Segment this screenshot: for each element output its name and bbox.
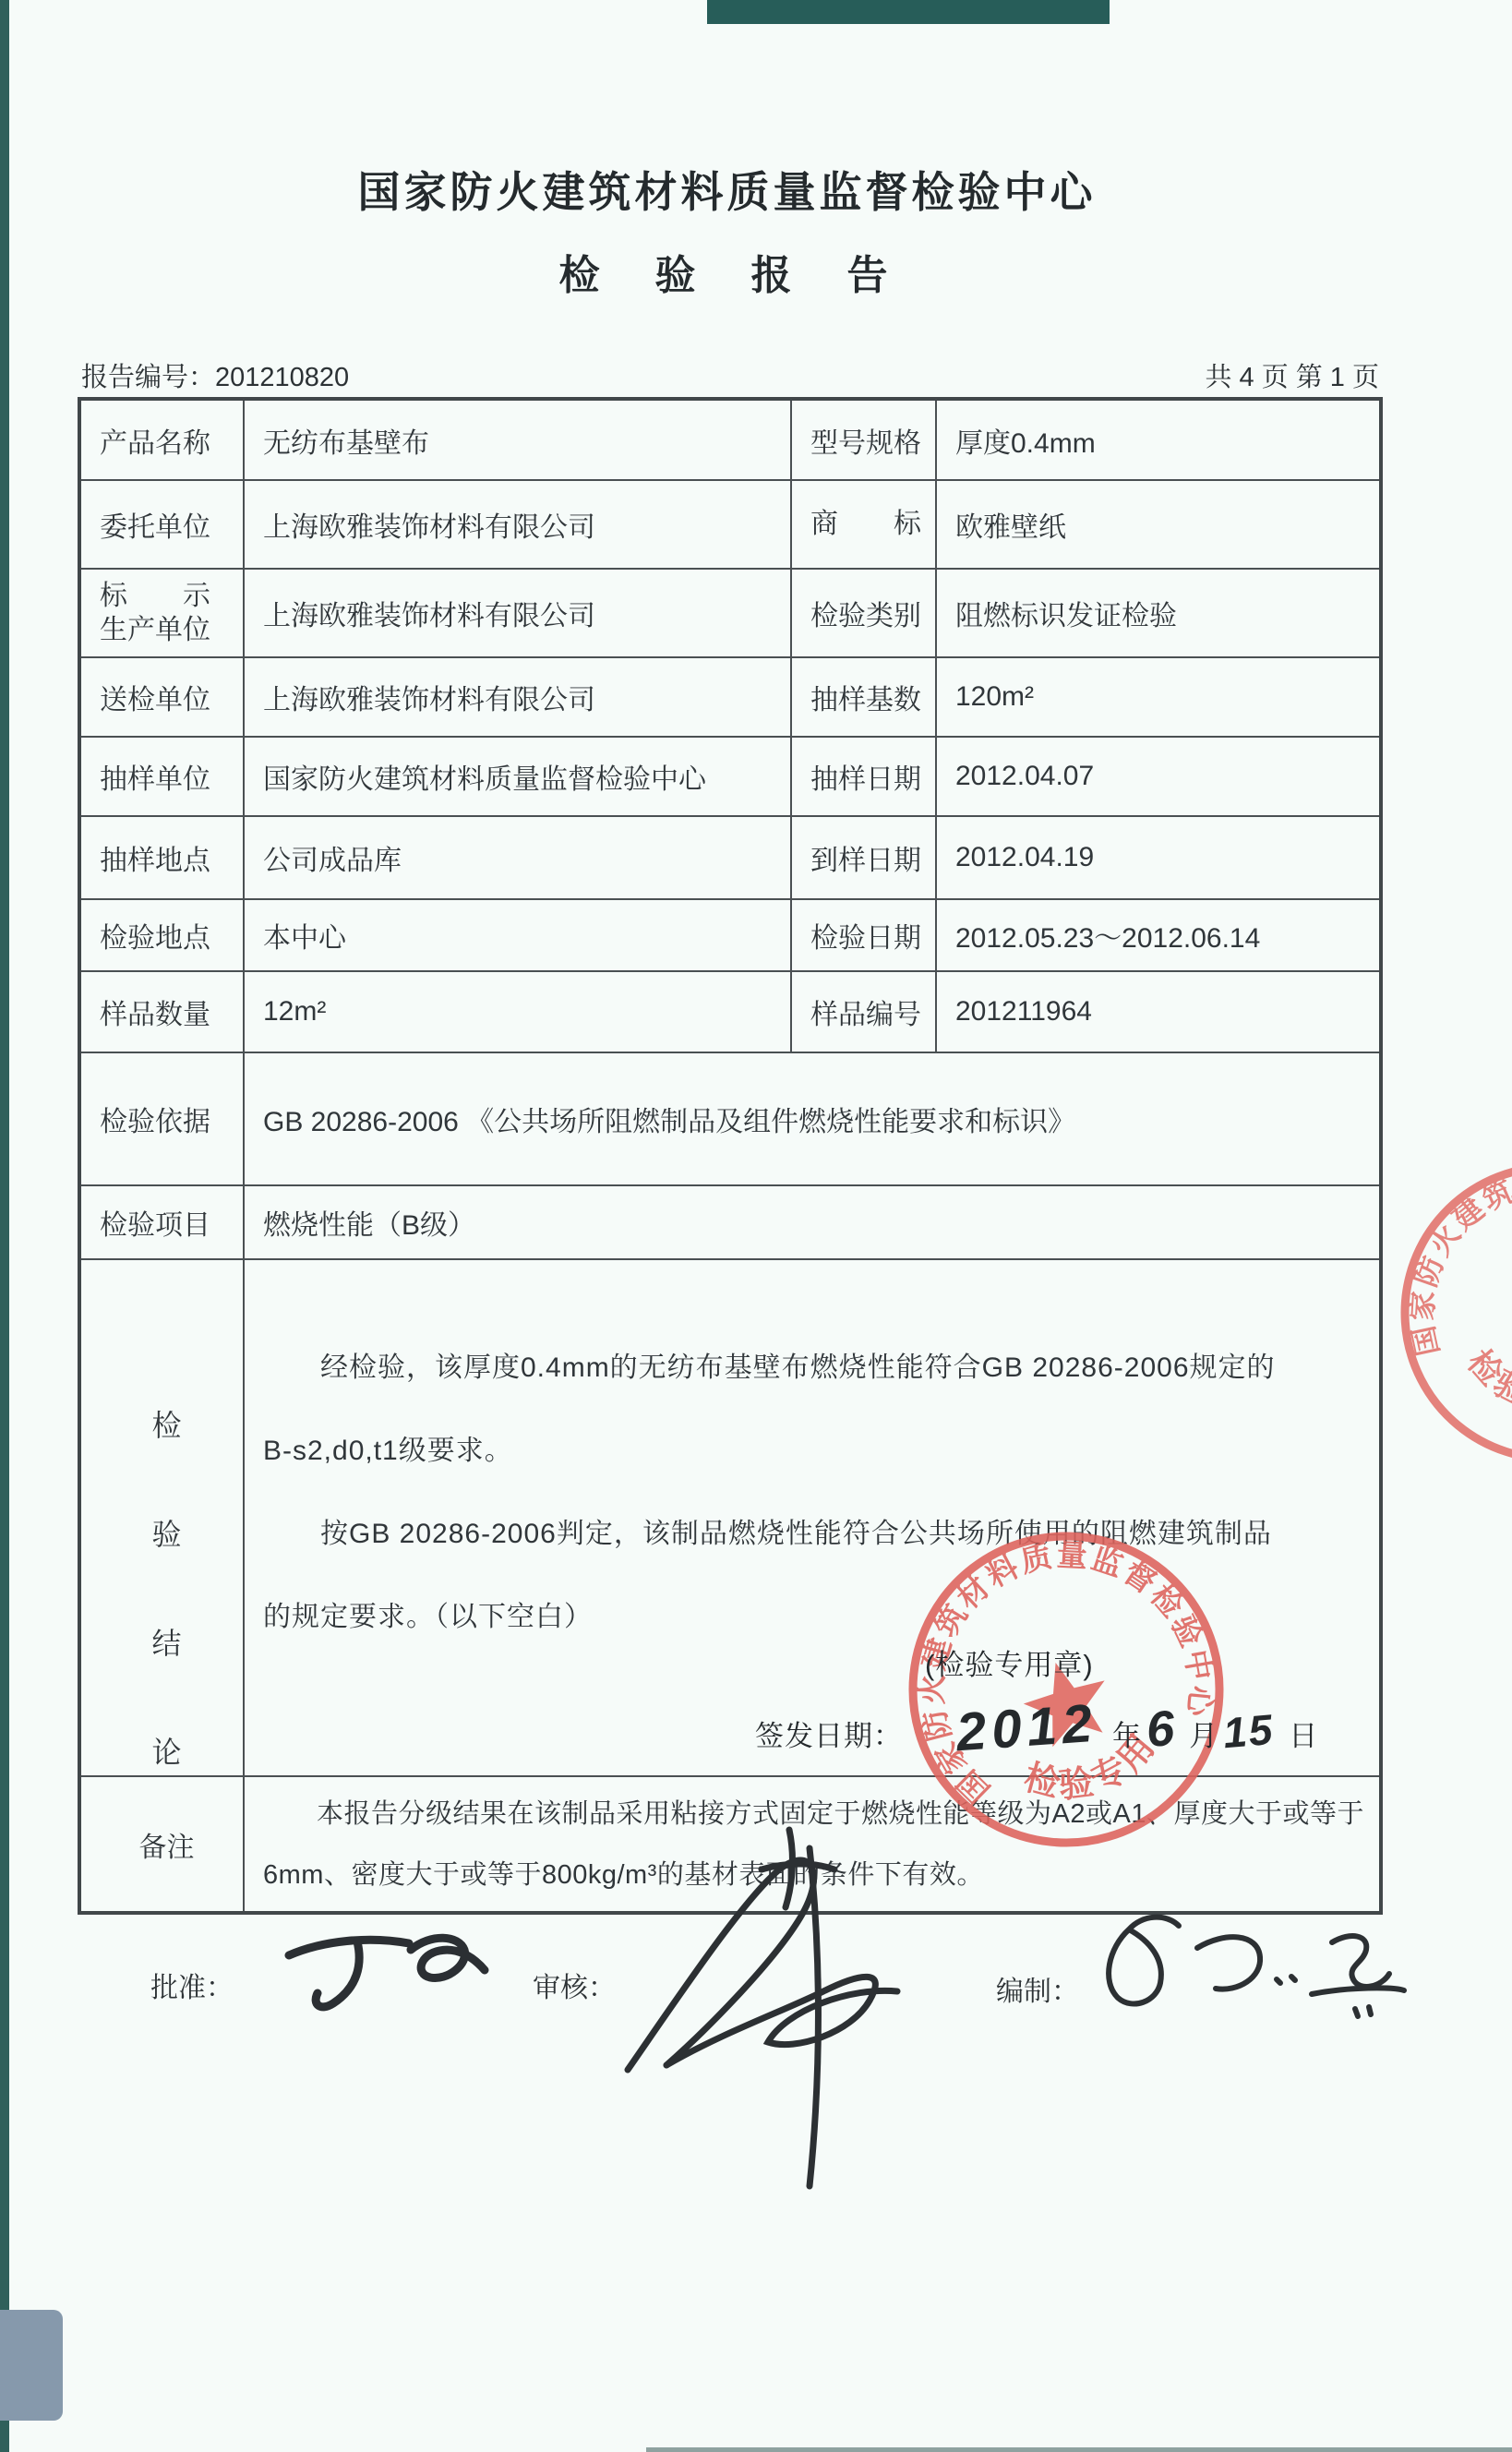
table-row: 送检单位 上海欧雅装饰材料有限公司 抽样基数 120m² [79, 657, 1381, 737]
issue-date-label: 签发日期： [755, 1713, 903, 1754]
product-name-value: 无纺布基壁布 [244, 399, 791, 480]
prepare-label: 编制： [996, 1968, 1079, 2009]
sampling-base-label: 抽样基数 [791, 657, 936, 737]
remark-label: 备注 [79, 1776, 244, 1913]
client-unit-label: 委托单位 [79, 480, 244, 569]
inspection-type-label: 检验类别 [791, 569, 936, 657]
inspection-date-label: 检验日期 [791, 899, 936, 971]
issue-date-line: 签发日期： 2012 年 6 月 15 日 [755, 1697, 1323, 1759]
table-row: 检验地点 本中心 检验日期 2012.05.23～2012.06.14 [79, 899, 1381, 971]
trademark-value: 欧雅壁纸 [936, 480, 1381, 569]
model-spec-value: 厚度0.4mm [936, 399, 1381, 480]
table-row: 产品名称 无纺布基壁布 型号规格 厚度0.4mm [79, 399, 1381, 480]
table-row: 样品数量 12m² 样品编号 201211964 [79, 971, 1381, 1052]
review-signature [591, 1819, 978, 2197]
document-title: 检 验 报 告 [0, 242, 1454, 301]
report-number: 报告编号：201210820 [81, 356, 349, 394]
table-row: 委托单位 上海欧雅装饰材料有限公司 商 标 欧雅壁纸 [79, 480, 1381, 569]
day-unit: 日 [1289, 1713, 1317, 1754]
items-label: 检验项目 [79, 1185, 244, 1259]
inspection-date-value: 2012.05.23～2012.06.14 [936, 899, 1381, 971]
month-unit: 月 [1189, 1713, 1218, 1754]
sampling-place-label: 抽样地点 [79, 816, 244, 899]
org-title: 国家防火建筑材料质量监督检验中心 [0, 159, 1454, 220]
handwritten-year: 2012 [954, 1692, 1099, 1764]
inspection-place-label: 检验地点 [79, 899, 244, 971]
table-row: 标 示 生产单位 上海欧雅装饰材料有限公司 检验类别 阻燃标识发证检验 [79, 569, 1381, 657]
inspection-type-value: 阻燃标识发证检验 [936, 569, 1381, 657]
client-unit-value: 上海欧雅装饰材料有限公司 [244, 480, 791, 569]
sampling-date-label: 抽样日期 [791, 737, 936, 816]
arrival-date-label: 到样日期 [791, 816, 936, 899]
conclusion-label-vertical: 检 验 结 论 [100, 1264, 234, 1772]
scan-artifact-bottom-edge [646, 2447, 1512, 2452]
handwritten-day: 15 [1221, 1704, 1277, 1759]
sampling-unit-label: 抽样单位 [79, 737, 244, 816]
basis-value: GB 20286-2006 《公共场所阻燃制品及组件燃烧性能要求和标识》 [244, 1052, 1381, 1185]
sample-qty-label: 样品数量 [79, 971, 244, 1052]
sampling-unit-value: 国家防火建筑材料质量监督检验中心 [244, 737, 791, 816]
conclusion-char: 检 [151, 1402, 181, 1445]
conclusion-line-1: 经检验，该厚度0.4mm的无纺布基壁布燃烧性能符合GB 20286-2006规定… [263, 1352, 1370, 1385]
marked-producer-value: 上海欧雅装饰材料有限公司 [244, 569, 791, 657]
sample-no-value: 201211964 [936, 971, 1381, 1052]
sampling-base-value: 120m² [936, 657, 1381, 737]
handwritten-month: 6 [1145, 1700, 1175, 1758]
sampling-date-value: 2012.04.07 [936, 737, 1381, 816]
items-value: 燃烧性能（B级） [244, 1185, 1381, 1259]
conclusion-char: 验 [151, 1511, 181, 1554]
sample-no-label: 样品编号 [791, 971, 936, 1052]
inspection-place-value: 本中心 [244, 899, 791, 971]
table-row: 检验项目 燃烧性能（B级） [79, 1185, 1381, 1259]
conclusion-label: 检 验 结 论 [79, 1259, 244, 1776]
approve-signature [272, 1893, 503, 2031]
sample-qty-value: 12m² [244, 971, 791, 1052]
table-row: 抽样地点 公司成品库 到样日期 2012.04.19 [79, 816, 1381, 899]
prepare-signature [1075, 1904, 1417, 2061]
submitting-unit-label: 送检单位 [79, 657, 244, 737]
basis-label: 检验依据 [79, 1052, 244, 1185]
marked-producer-label: 标 示 生产单位 [79, 569, 244, 657]
report-number-label: 报告编号： [81, 363, 215, 392]
seal-note: (检验专用章) [925, 1641, 1094, 1683]
conclusion-line-2: B-s2,d0,t1级要求。 [263, 1435, 1370, 1468]
approve-label: 批准： [150, 1965, 234, 2005]
year-unit: 年 [1112, 1713, 1141, 1754]
table-row: 抽样单位 国家防火建筑材料质量监督检验中心 抽样日期 2012.04.07 [79, 737, 1381, 816]
seal-star [1499, 1259, 1512, 1362]
sampling-place-value: 公司成品库 [244, 816, 791, 899]
model-spec-label: 型号规格 [791, 399, 936, 480]
arrival-date-value: 2012.04.19 [936, 816, 1381, 899]
trademark-label: 商 标 [791, 480, 936, 569]
table-row: 检验依据 GB 20286-2006 《公共场所阻燃制品及组件燃烧性能要求和标识… [79, 1052, 1381, 1185]
scan-artifact-left-edge [0, 0, 9, 2452]
submitting-unit-value: 上海欧雅装饰材料有限公司 [244, 657, 791, 737]
meta-line: 报告编号：201210820 共 4 页 第 1 页 [81, 356, 1379, 394]
product-name-label: 产品名称 [79, 399, 244, 480]
page-indicator: 共 4 页 第 1 页 [1205, 356, 1379, 394]
report-number-value: 201210820 [215, 363, 349, 392]
conclusion-char: 结 [151, 1620, 181, 1663]
inspection-seal-fragment: 国家防火建筑材料质量监督检验中心 检验专用章 [1375, 1137, 1512, 1488]
conclusion-char: 论 [151, 1729, 181, 1772]
scan-artifact-bottom-left-box [0, 2310, 63, 2421]
scanned-inspection-report: 国家防火建筑材料质量监督检验中心 检 验 报 告 报告编号：201210820 … [0, 0, 1512, 2452]
scan-artifact-top-bar [707, 0, 1110, 24]
